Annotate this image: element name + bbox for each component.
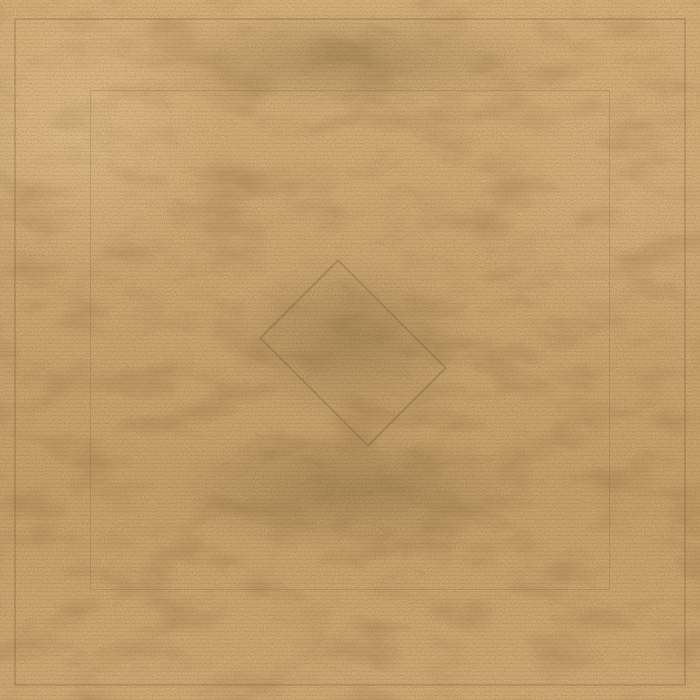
rug-texture [0, 0, 700, 700]
